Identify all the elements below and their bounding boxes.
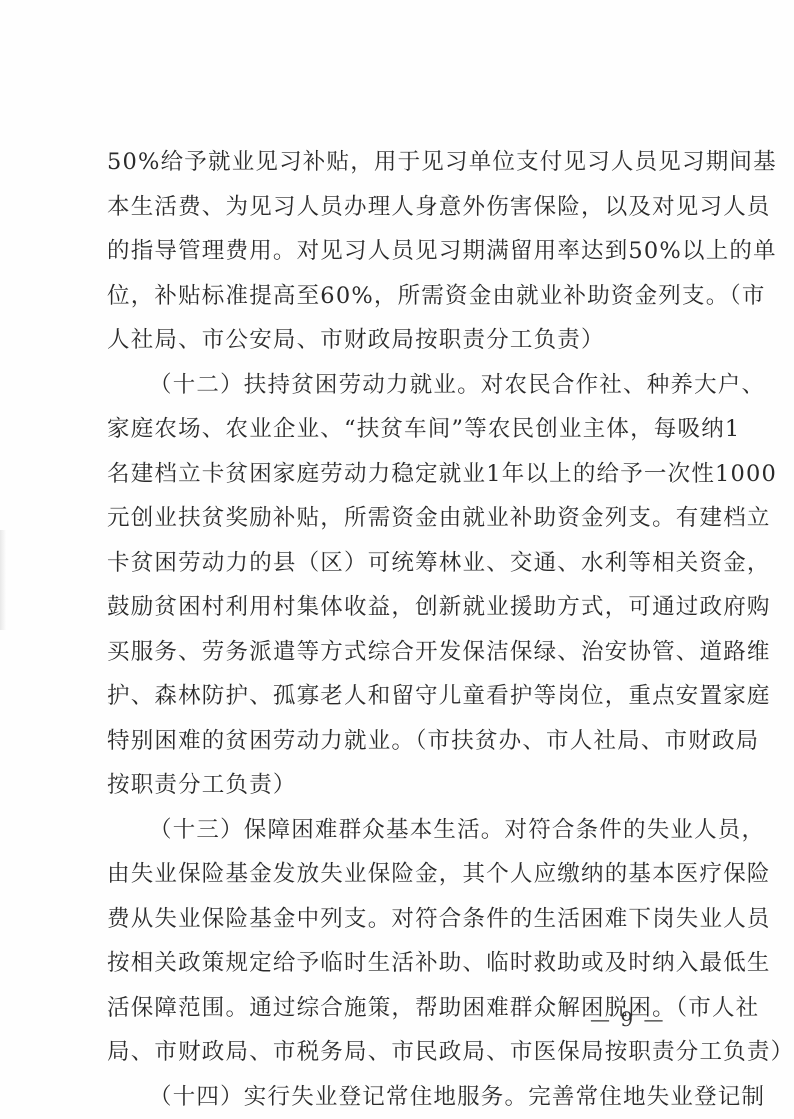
text-line: 按职责分工负责） bbox=[107, 763, 689, 808]
text-line: 位，补贴标准提高至60%，所需资金由就业补助资金列支。（市 bbox=[107, 274, 689, 319]
text-line: 家庭农场、农业企业、“扶贫车间”等农民创业主体，每吸纳1 bbox=[107, 407, 689, 452]
section-heading-line: （十二）扶持贫困劳动力就业。对农民合作社、种养大户、 bbox=[107, 363, 689, 408]
text-line: 名建档立卡贫困家庭劳动力稳定就业1年以上的给予一次性1000 bbox=[107, 452, 689, 497]
text-line: 的指导管理费用。对见习人员见习期满留用率达到50%以上的单 bbox=[107, 229, 689, 274]
text-line: 卡贫困劳动力的县（区）可统筹林业、交通、水利等相关资金， bbox=[107, 541, 689, 586]
section-heading-line: （十三）保障困难群众基本生活。对符合条件的失业人员， bbox=[107, 808, 689, 853]
text-line: 由失业保险基金发放失业保险金，其个人应缴纳的基本医疗保险 bbox=[107, 852, 689, 897]
text-line: 护、森林防护、孤寡老人和留守儿童看护等岗位，重点安置家庭 bbox=[107, 674, 689, 719]
text-line: 按相关政策规定给予临时生活补助、临时救助或及时纳入最低生 bbox=[107, 941, 689, 986]
text-line: 买服务、劳务派遣等方式综合开发保洁保绿、治安协管、道路维 bbox=[107, 630, 689, 675]
document-body: 50%给予就业见习补贴，用于见习单位支付见习人员见习期间基 本生活费、为见习人员… bbox=[107, 140, 689, 1119]
text-line: 50%给予就业见习补贴，用于见习单位支付见习人员见习期间基 bbox=[107, 140, 689, 185]
text-line: 局、市财政局、市税务局、市民政局、市医保局按职责分工负责） bbox=[107, 1030, 689, 1075]
scan-edge-shadow bbox=[0, 530, 6, 630]
document-page: 50%给予就业见习补贴，用于见习单位支付见习人员见习期间基 本生活费、为见习人员… bbox=[0, 0, 794, 1119]
text-line: 元创业扶贫奖励补贴，所需资金由就业补助资金列支。有建档立 bbox=[107, 496, 689, 541]
text-line: 费从失业保险基金中列支。对符合条件的生活困难下岗失业人员 bbox=[107, 897, 689, 942]
text-line: 特别困难的贫困劳动力就业。（市扶贫办、市人社局、市财政局 bbox=[107, 719, 689, 764]
text-line: 人社局、市公安局、市财政局按职责分工负责） bbox=[107, 318, 689, 363]
text-line: 本生活费、为见习人员办理人身意外伤害保险，以及对见习人员 bbox=[107, 185, 689, 230]
page-number: — 9 — bbox=[590, 1007, 665, 1031]
section-heading-line: （十四）实行失业登记常住地服务。完善常住地失业登记制 bbox=[107, 1075, 689, 1119]
text-line: 鼓励贫困村利用村集体收益，创新就业援助方式，可通过政府购 bbox=[107, 585, 689, 630]
